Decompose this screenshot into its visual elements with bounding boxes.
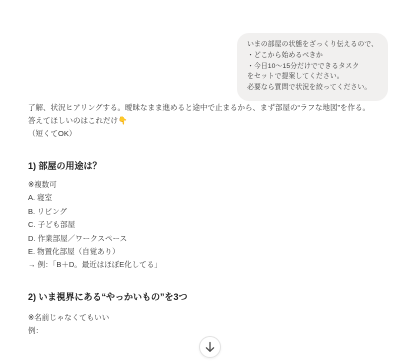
conversation: いまの部屋の状態をざっくり伝えるので、 ・どこから始めるべきか ・今日10〜15…	[0, 0, 400, 337]
question1-option: D. 作業部屋／ワークスペース	[28, 232, 388, 245]
question1-option: C. 子ども部屋	[28, 218, 388, 231]
question1-example: → 例：「B＋D。最近はほぼE化してる」	[28, 258, 388, 271]
user-message-line: ・どこから始めるべきか	[247, 51, 378, 62]
question1-note: ※複数可	[28, 178, 388, 191]
user-message-line: 必要なら質問で状況を絞ってください。	[247, 83, 378, 94]
user-message-line: ・今日10〜15分だけでできるタスク	[247, 62, 378, 73]
assistant-message: 了解、状況ヒアリングする。曖昧なまま進めると途中で止まるから、まず部屋の“ラフな…	[28, 101, 388, 337]
question1-heading: 1) 部屋の用途は？	[28, 160, 388, 173]
assistant-prompt-line: 答えてほしいのはこれだけ👇	[28, 116, 127, 125]
user-message-line: をセットで提案してください。	[247, 72, 378, 83]
user-message-bubble: いまの部屋の状態をざっくり伝えるので、 ・どこから始めるべきか ・今日10〜15…	[237, 33, 388, 101]
user-message-line: いまの部屋の状態をざっくり伝えるので、	[247, 40, 378, 51]
question1-options: ※複数可 A. 寝室 B. リビング C. 子ども部屋 D. 作業部屋／ワークス…	[28, 178, 388, 258]
question2-heading: 2) いま視界にある“やっかいもの”を3つ	[28, 291, 388, 304]
question2-note: ※名前じゃなくてもいい	[28, 311, 388, 324]
user-message-row: いまの部屋の状態をざっくり伝えるので、 ・どこから始めるべきか ・今日10〜15…	[28, 33, 388, 101]
assistant-prompt-note: （短くてOK）	[28, 129, 76, 138]
assistant-intro-text: 了解、状況ヒアリングする。曖昧なまま進めると途中で止まるから、まず部屋の“ラフな…	[28, 101, 388, 114]
question2-notes: ※名前じゃなくてもいい 例：	[28, 311, 388, 337]
chat-window: いまの部屋の状態をざっくり伝えるので、 ・どこから始めるべきか ・今日10〜15…	[0, 0, 400, 362]
question1-option: E. 物置化部屋（自覚あり）	[28, 245, 388, 258]
question1-option: B. リビング	[28, 205, 388, 218]
arrow-down-icon	[204, 341, 216, 353]
scroll-to-bottom-button[interactable]	[199, 336, 221, 358]
question1-option: A. 寝室	[28, 191, 388, 204]
assistant-prompt: 答えてほしいのはこれだけ👇 （短くてOK）	[28, 114, 388, 140]
